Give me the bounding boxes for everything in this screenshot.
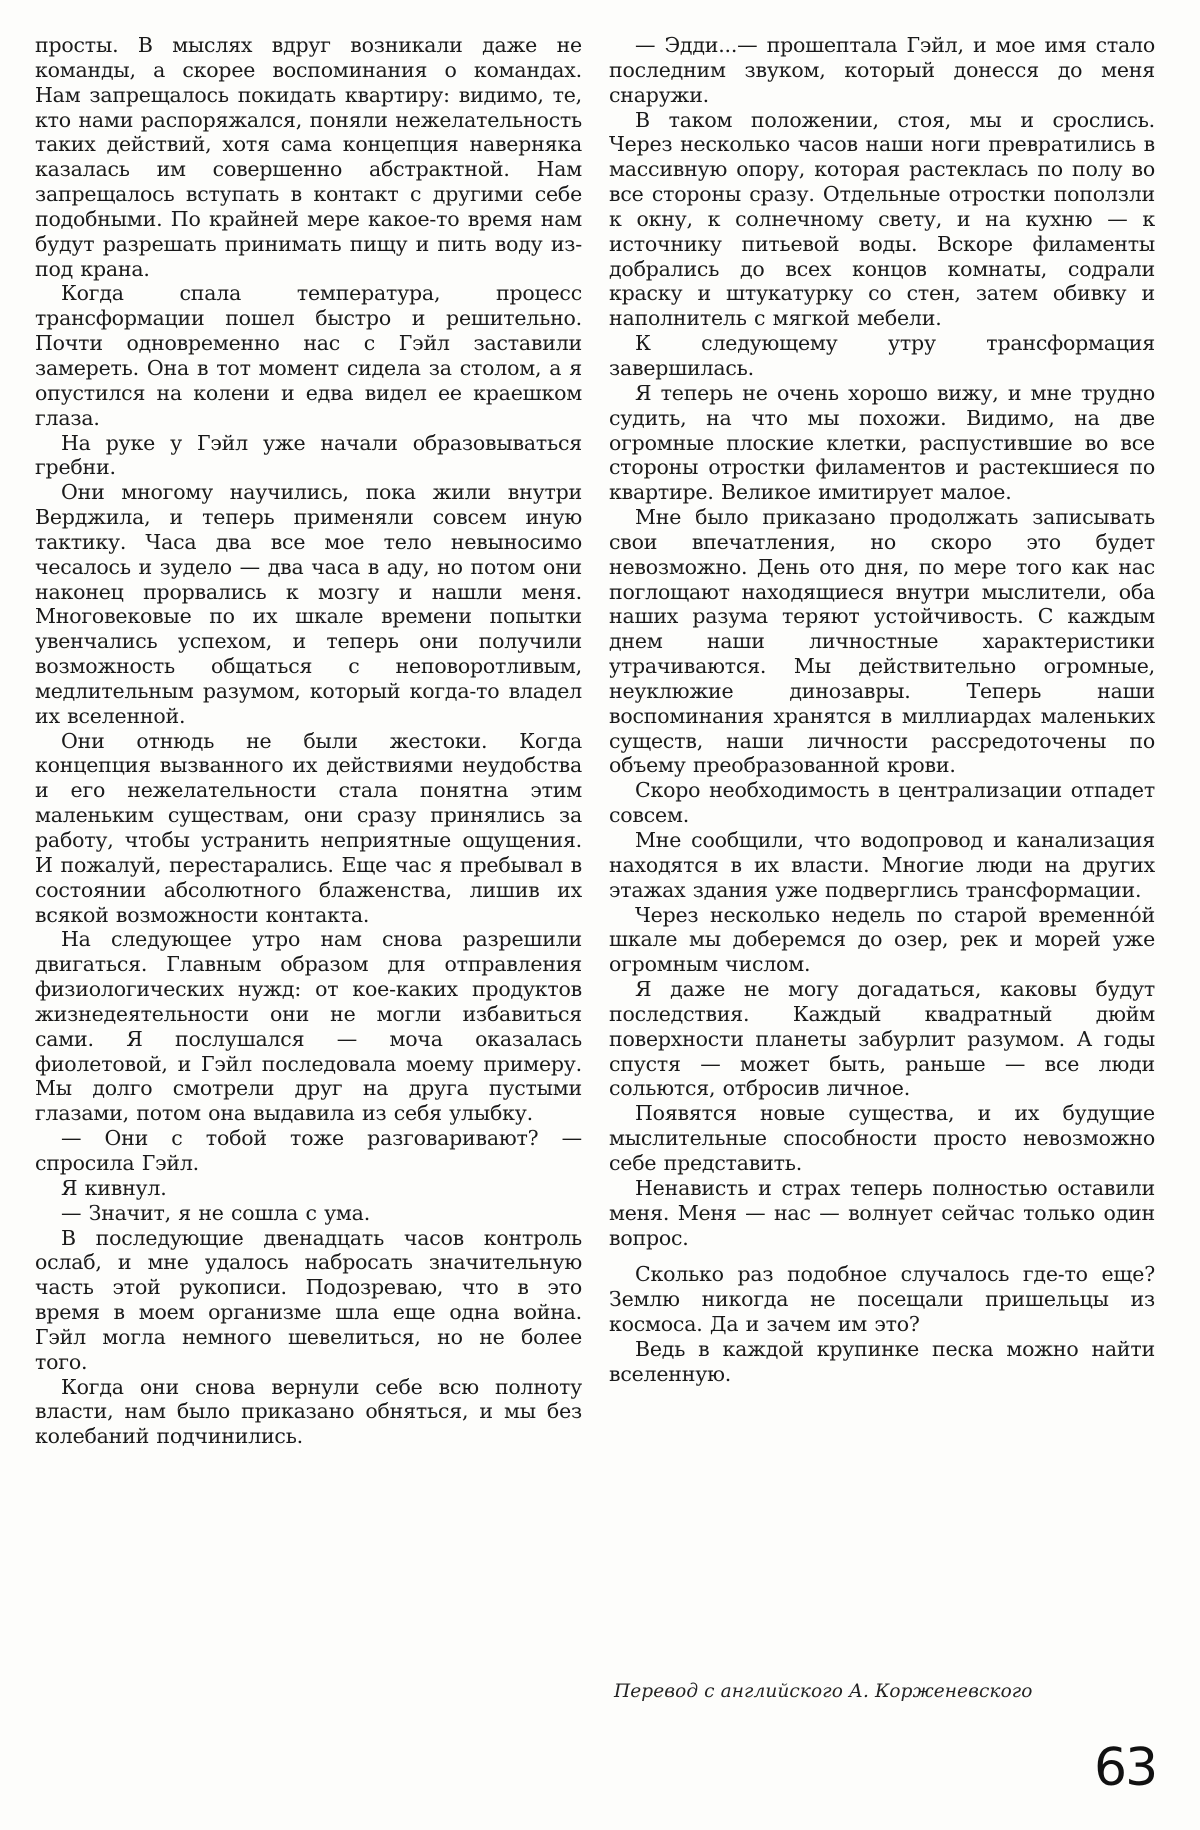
paragraph: Скоро необходимость в централизации отпа… <box>609 778 1155 828</box>
paragraph: Сколько раз подобное случалось где-то ещ… <box>609 1262 1155 1337</box>
paragraph: На следующее утро нам снова разрешили дв… <box>35 927 582 1126</box>
page-number: 63 <box>1094 1738 1156 1798</box>
dialogue-line: — Значит, я не сошла с ума. <box>35 1201 582 1226</box>
dialogue-line: — Они с тобой тоже разговаривают? — спро… <box>35 1126 582 1176</box>
paragraph: В таком положении, стоя, мы и срослись. … <box>609 108 1155 332</box>
paragraph: Они многому научились, пока жили внутри … <box>35 480 582 728</box>
paragraph: Они отнюдь не были жестоки. Когда концеп… <box>35 729 582 928</box>
text-column-right: — Эдди...— прошептала Гэйл, и мое имя ст… <box>609 33 1155 1387</box>
paragraph: Ненависть и страх теперь полностью остав… <box>609 1176 1155 1251</box>
dialogue-line: — Эдди...— прошептала Гэйл, и мое имя ст… <box>609 33 1155 108</box>
text-column-left: просты. В мыслях вдруг возникали даже не… <box>35 33 582 1449</box>
paragraph: Я кивнул. <box>35 1176 582 1201</box>
translator-credit: Перевод с английского А. Корженевского <box>614 1681 1033 1702</box>
paragraph: На руке у Гэйл уже начали образовываться… <box>35 431 582 481</box>
paragraph: В последующие двенадцать часов контроль … <box>35 1226 582 1375</box>
paragraph: Мне сообщили, что водопровод и канализац… <box>609 828 1155 903</box>
paragraph: Появятся новые существа, и их будущие мы… <box>609 1101 1155 1176</box>
paragraph: Через несколько недель по старой временн… <box>609 903 1155 978</box>
paragraph: Ведь в каждой крупинке песка можно найти… <box>609 1337 1155 1387</box>
paragraph: просты. В мыслях вдруг возникали даже не… <box>35 33 582 281</box>
paragraph: Мне было приказано продолжать записывать… <box>609 505 1155 778</box>
paragraph: Когда они снова вернули себе всю полноту… <box>35 1375 582 1450</box>
paragraph: Я даже не могу догадаться, каковы будут … <box>609 977 1155 1101</box>
paragraph: Когда спала температура, процесс трансфо… <box>35 281 582 430</box>
paragraph: Я теперь не очень хорошо вижу, и мне тру… <box>609 381 1155 505</box>
paragraph: К следующему утру трансформация завершил… <box>609 331 1155 381</box>
